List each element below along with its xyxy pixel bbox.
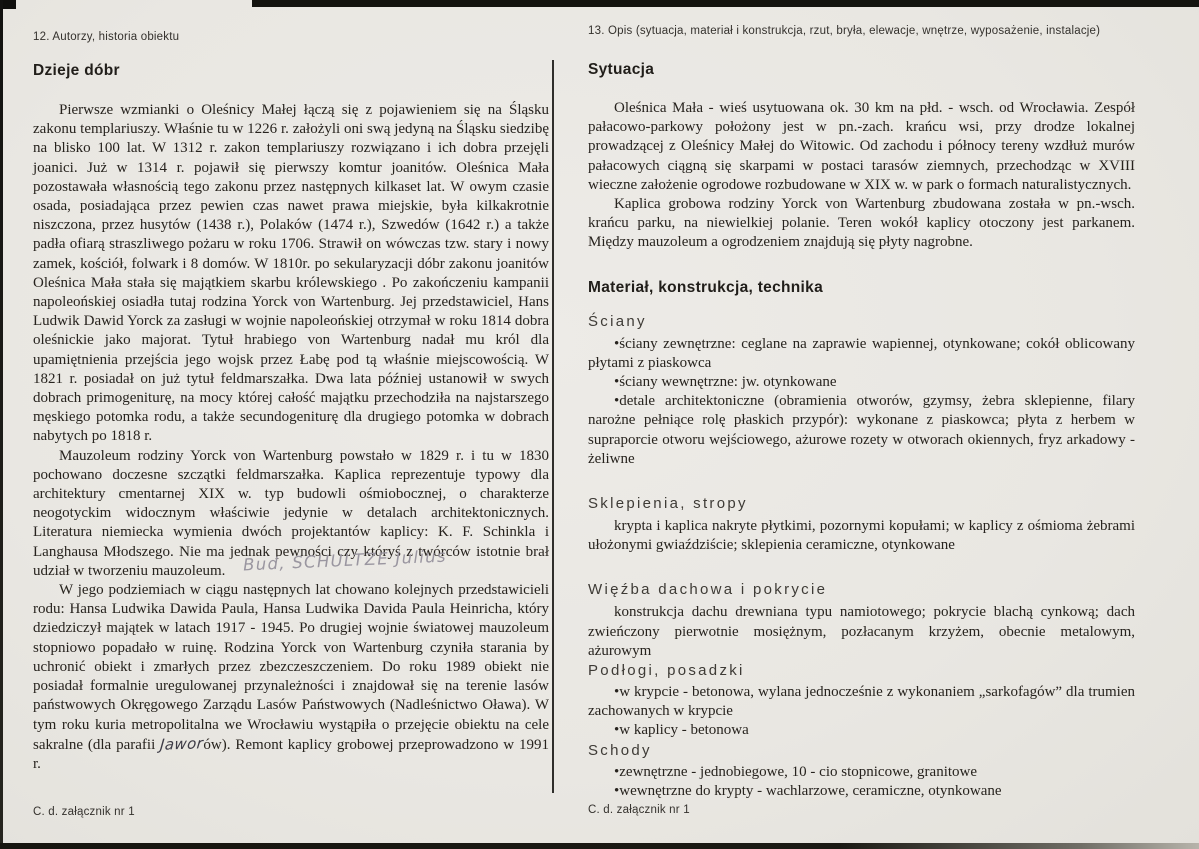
bullet-item: •detale architektoniczne (obramienia otw… (588, 392, 1135, 469)
bullet-item: •w kaplicy - betonowa (588, 721, 1135, 740)
section-title-sytuacja: Sytuacja (588, 60, 1135, 79)
paragraph-text: W jego podziemiach w ciągu następnych la… (33, 582, 549, 753)
subsection-title-wiezba: Więźba dachowa i pokrycie (588, 580, 1135, 600)
body-paragraph: Kaplica grobowa rodziny Yorck von Warten… (588, 195, 1135, 253)
subsection-title-schody: Schody (588, 741, 1135, 761)
subsection-text: konstrukcja dachu drewniana typu namioto… (588, 603, 1135, 661)
body-paragraph: W jego podziemiach w ciągu następnych la… (33, 581, 549, 774)
bullet-item: •w krypcie - betonowa, wylana jednocześn… (588, 683, 1135, 721)
page-footer-left: C. d. załącznik nr 1 (33, 805, 135, 819)
subsection-title-sklepienia: Sklepienia, stropy (588, 494, 1135, 514)
left-page-header: 12. Autorzy, historia obiektu (33, 30, 549, 44)
subsection-sklepienia: Sklepienia, stropy krypta i kaplica nakr… (588, 494, 1135, 555)
section-title-material: Materiał, konstrukcja, technika (588, 278, 1135, 297)
left-page: 12. Autorzy, historia obiektu Dzieje dób… (33, 30, 549, 774)
page-footer-right: C. d. załącznik nr 1 (588, 803, 690, 817)
right-page: 13. Opis (sytuacja, materiał i konstrukc… (588, 24, 1135, 801)
body-paragraph: Pierwsze wzmianki o Oleśnicy Małej łączą… (33, 101, 549, 447)
bullet-item: •ściany wewnętrzne: jw. otynkowane (588, 373, 1135, 392)
scan-edge-top (252, 0, 1199, 7)
subsection-schody: Schody •zewnętrzne - jednobiegowe, 10 - … (588, 741, 1135, 801)
subsection-wiezba: Więźba dachowa i pokrycie konstrukcja da… (588, 580, 1135, 661)
subsection-sciany: Ściany •ściany zewnętrzne: ceglane na za… (588, 312, 1135, 469)
page-divider-line (552, 60, 554, 793)
bullet-item: •ściany zewnętrzne: ceglane na zaprawie … (588, 335, 1135, 373)
sytuacja-body: Oleśnica Mała - wieś usytuowana ok. 30 k… (588, 99, 1135, 253)
section-title-dzieje-dobr: Dzieje dóbr (33, 61, 549, 80)
body-paragraph: Oleśnica Mała - wieś usytuowana ok. 30 k… (588, 99, 1135, 195)
subsection-text: krypta i kaplica nakryte płytkimi, pozor… (588, 517, 1135, 555)
subsection-podlogi: Podłogi, posadzki •w krypcie - betonowa,… (588, 661, 1135, 741)
subsection-title-podlogi: Podłogi, posadzki (588, 661, 1135, 681)
right-page-header: 13. Opis (sytuacja, materiał i konstrukc… (588, 24, 1135, 38)
scan-edge-bottom (0, 843, 1199, 849)
bullet-item: •zewnętrzne - jednobiegowe, 10 - cio sto… (588, 763, 1135, 782)
subsection-title-sciany: Ściany (588, 312, 1135, 332)
handwritten-parish-name: Jawor (159, 734, 204, 755)
scan-edge-left (0, 0, 3, 849)
left-page-body: Pierwsze wzmianki o Oleśnicy Małej łączą… (33, 101, 549, 774)
bullet-item: •wewnętrzne do krypty - wachlarzowe, cer… (588, 782, 1135, 801)
